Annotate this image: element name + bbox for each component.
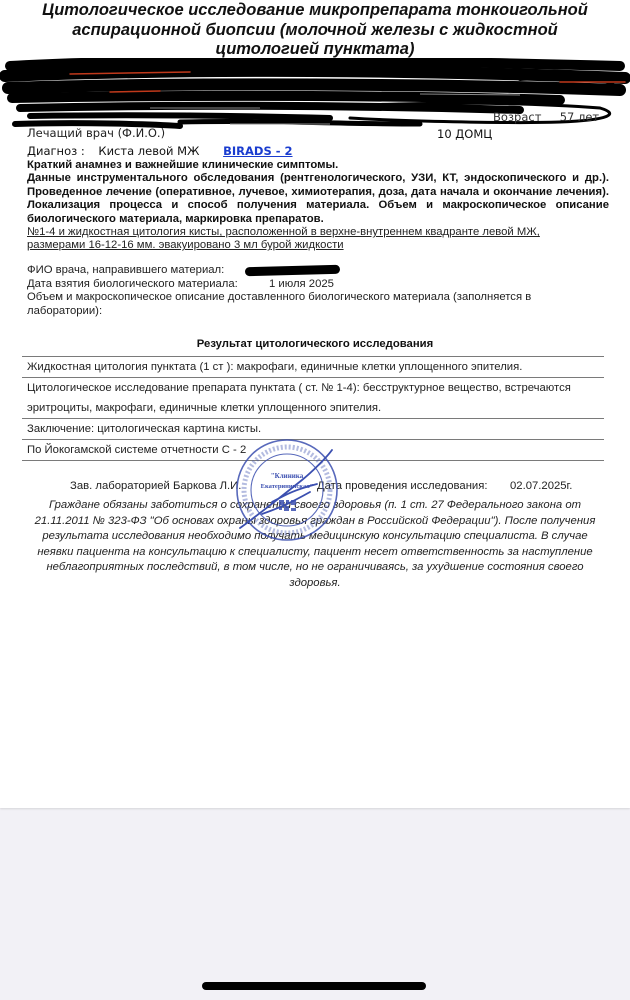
document-title: Цитологическое исследование микропрепара… bbox=[20, 1, 610, 60]
department-value: 10 ДОМЦ bbox=[437, 127, 492, 141]
result-row: Жидкостная цитология пунктата (1 ст ): м… bbox=[22, 356, 604, 377]
referring-doctor-label: ФИО врача, направившего материал: bbox=[27, 264, 241, 278]
anamnesis-heading-line: Краткий анамнез и важнейшие клинические … bbox=[27, 159, 609, 172]
results-title: Результат цитологического исследования bbox=[0, 338, 630, 350]
attending-doctor-label: Лечащий врач (Ф.И.О.) bbox=[27, 126, 165, 140]
head-of-lab: Зав. лабораторией Баркова Л.И. bbox=[70, 480, 241, 492]
sample-date-value: 1 июля 2025 bbox=[269, 278, 334, 290]
birads-link[interactable]: BIRADS - 2 bbox=[223, 144, 292, 158]
home-indicator[interactable] bbox=[202, 982, 426, 990]
age-field: Возраст 57 лет bbox=[493, 110, 599, 124]
anamnesis-heading-paragraph: Данные инструментального обследования (р… bbox=[27, 172, 609, 226]
sample-date-label: Дата взятия биологического материала: bbox=[27, 278, 241, 292]
anamnesis-heading: Краткий анамнез и важнейшие клинические … bbox=[27, 159, 609, 226]
study-date-label: Дата проведения исследования: bbox=[317, 480, 488, 492]
sample-info: ФИО врача, направившего материал: Дата в… bbox=[27, 264, 607, 318]
document-page: Цитологическое исследование микропрепара… bbox=[0, 0, 630, 808]
diagnosis-line: Диагноз : Киста левой МЖ BIRADS - 2 bbox=[27, 144, 293, 158]
referring-doctor-row: ФИО врача, направившего материал: bbox=[27, 264, 607, 278]
age-value: 57 лет bbox=[560, 110, 599, 124]
macro-description-label: Объем и макроскопическое описание достав… bbox=[27, 291, 607, 318]
study-date-value: 02.07.2025г. bbox=[510, 480, 572, 492]
clinic-stamp-icon: "Клиника Екатерининская" bbox=[232, 432, 342, 542]
material-description: №1-4 и жидкостная цитология кисты, распо… bbox=[27, 226, 617, 253]
material-description-line: №1-4 и жидкостная цитология кисты, распо… bbox=[27, 226, 617, 239]
diagnosis-label: Диагноз : bbox=[27, 144, 85, 158]
material-description-line: размерами 16-12-16 мм. эвакуировано 3 мл… bbox=[27, 239, 617, 252]
diagnosis-value: Киста левой МЖ bbox=[98, 144, 199, 158]
sample-date-row: Дата взятия биологического материала:1 и… bbox=[27, 278, 607, 292]
svg-text:"Клиника: "Клиника bbox=[271, 472, 304, 480]
age-label: Возраст bbox=[493, 110, 541, 124]
result-row: Цитологическое исследование препарата пу… bbox=[22, 377, 604, 418]
redaction-mark bbox=[245, 264, 340, 275]
